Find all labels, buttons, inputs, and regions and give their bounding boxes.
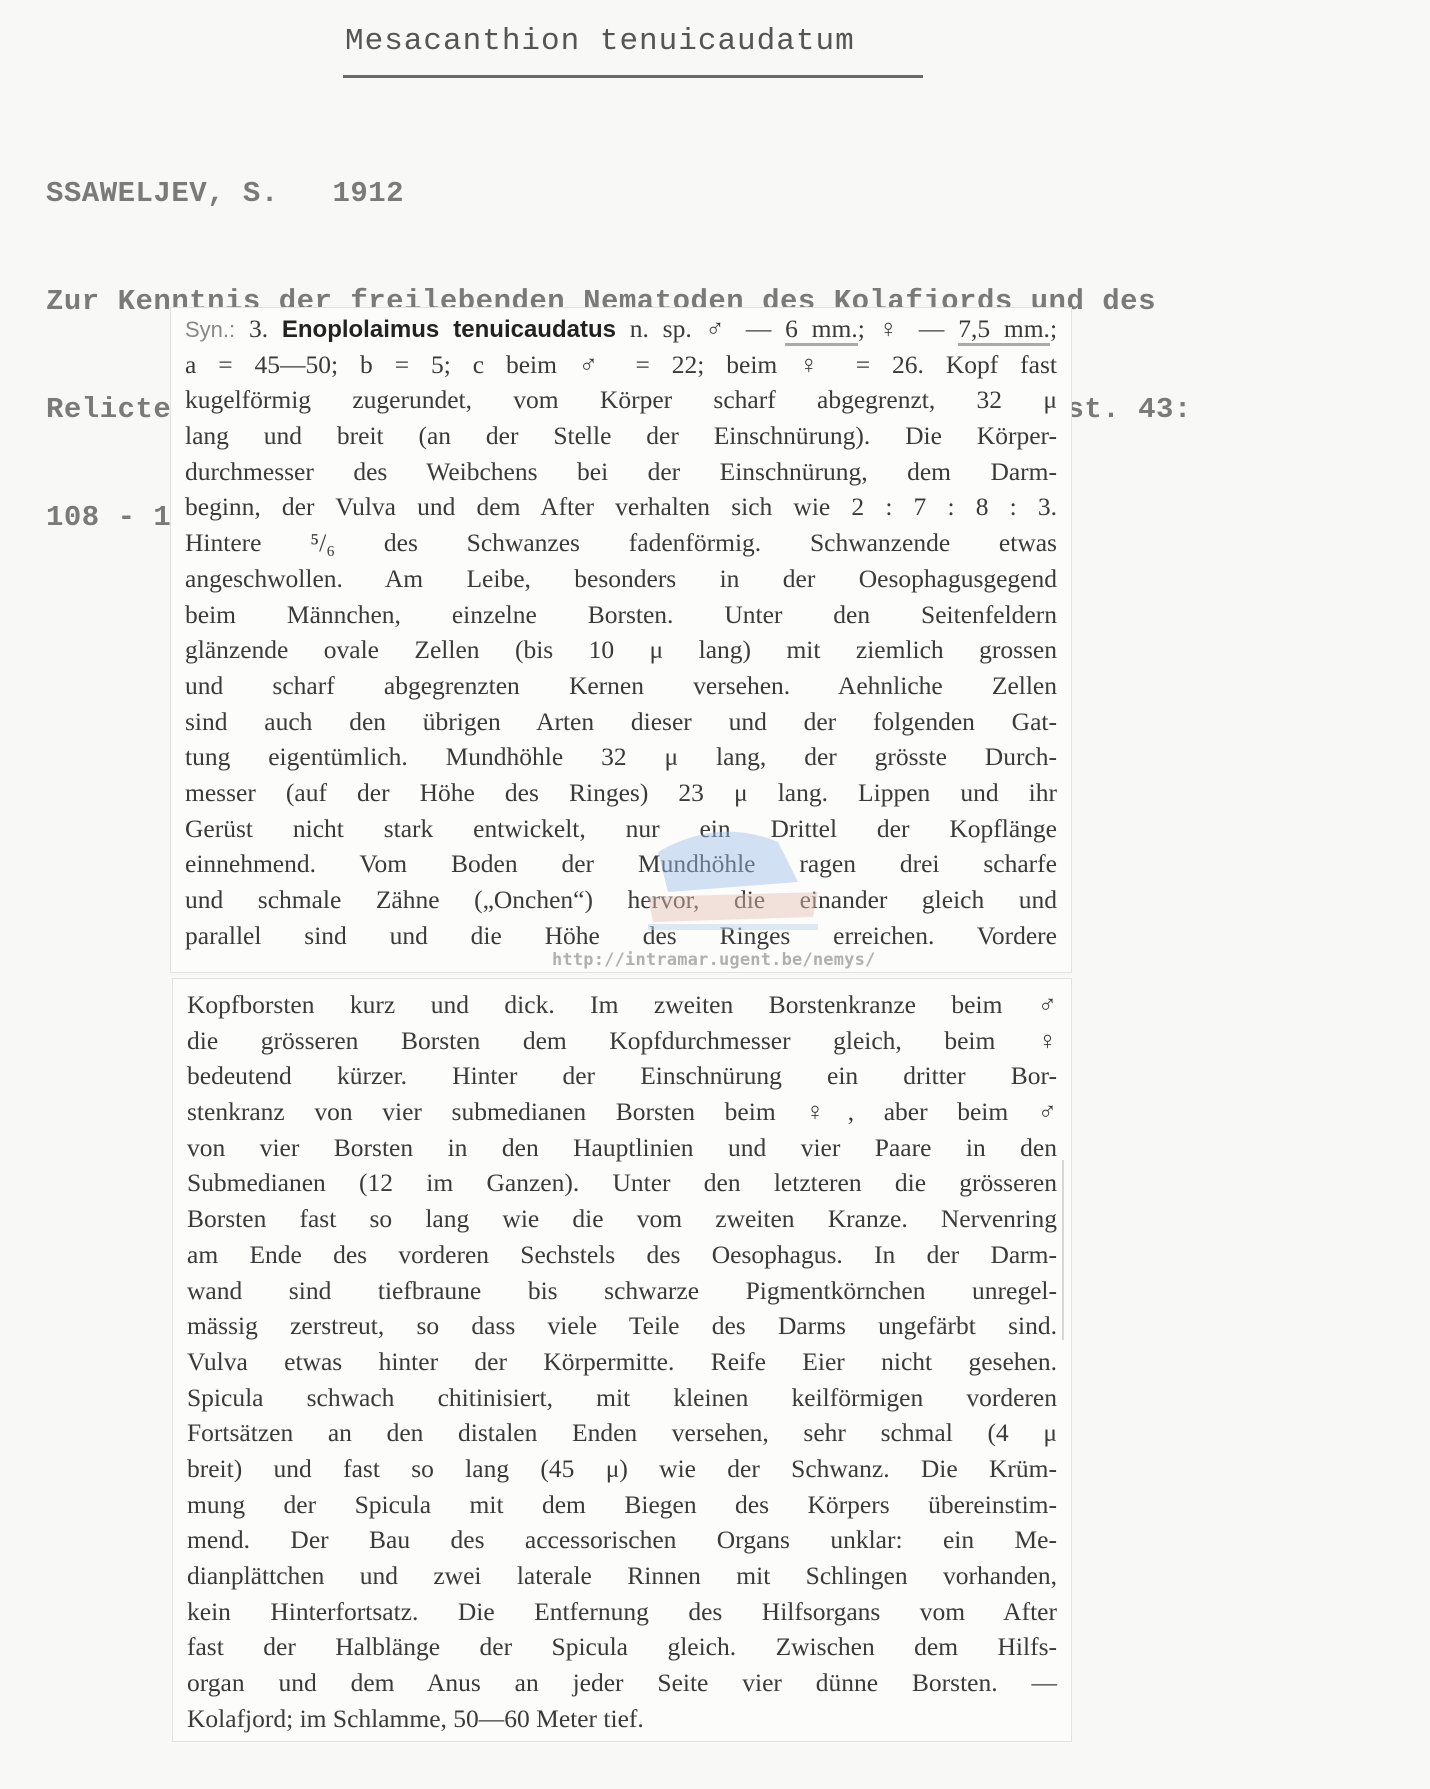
text-line: fast der Halblänge der Spicula gleich. Z… xyxy=(187,1629,1057,1665)
text-line: Submedianen (12 im Ganzen). Unter den le… xyxy=(187,1165,1057,1201)
text-line: breit) und fast so lang (45 μ) wie der S… xyxy=(187,1451,1057,1487)
text-line: Fortsätzen an den distalen Enden versehe… xyxy=(187,1415,1057,1451)
text-line: Spicula schwach chitinisiert, mit kleine… xyxy=(187,1380,1057,1416)
description-part-1: Syn.: 3. Enoplolaimus tenuicaudatus n. s… xyxy=(185,311,1057,953)
synonym-label: Syn.: xyxy=(185,317,235,342)
text-line: mend. Der Bau des accessorischen Organs … xyxy=(187,1522,1057,1558)
text-line: Syn.: 3. Enoplolaimus tenuicaudatus n. s… xyxy=(185,311,1057,347)
text-line: kein Hinterfortsatz. Die Entfernung des … xyxy=(187,1594,1057,1630)
text-line: und schmale Zähne („Onchen“) hervor, die… xyxy=(185,882,1057,918)
species-name: Enoplolaimus tenuicaudatus xyxy=(282,316,616,343)
text-line: durchmesser des Weibchens bei der Einsch… xyxy=(185,454,1057,490)
text-line: am Ende des vorderen Sechstels des Oesop… xyxy=(187,1237,1057,1273)
text-line: Vulva etwas hinter der Körpermitte. Reif… xyxy=(187,1344,1057,1380)
text-line: die grösseren Borsten dem Kopfdurchmesse… xyxy=(187,1023,1057,1059)
description-part-2: Kopfborsten kurz und dick. Im zweiten Bo… xyxy=(187,987,1057,1736)
male-size: 6 mm. xyxy=(785,314,858,346)
text-line: wand sind tiefbraune bis schwarze Pigmen… xyxy=(187,1273,1057,1309)
female-size: 7,5 mm. xyxy=(958,314,1050,346)
text-line: angeschwollen. Am Leibe, besonders in de… xyxy=(185,561,1057,597)
text-line: einnehmend. Vom Boden der Mundhöhle rage… xyxy=(185,846,1057,882)
text-line: tung eigentümlich. Mundhöhle 32 μ lang, … xyxy=(185,739,1057,775)
text-line: beim Männchen, einzelne Borsten. Unter d… xyxy=(185,597,1057,633)
paper-edge xyxy=(1062,1160,1064,1340)
text-line: Kolafjord; im Schlamme, 50—60 Meter tief… xyxy=(187,1701,1057,1737)
text-line: sind auch den übrigen Arten dieser und d… xyxy=(185,704,1057,740)
text-line: Gerüst nicht stark entwickelt, nur ein D… xyxy=(185,811,1057,847)
text-line: dianplättchen und zwei laterale Rinnen m… xyxy=(187,1558,1057,1594)
text-clipping-2: Kopfborsten kurz und dick. Im zweiten Bo… xyxy=(172,978,1072,1742)
text-line: und scharf abgegrenzten Kernen versehen.… xyxy=(185,668,1057,704)
text-line: glänzende ovale Zellen (bis 10 μ lang) m… xyxy=(185,632,1057,668)
text-line: organ und dem Anus an jeder Seite vier d… xyxy=(187,1665,1057,1701)
citation-line: SSAWELJEV, S. 1912 xyxy=(46,176,1416,212)
text-line: messer (auf der Höhe des Ringes) 23 μ la… xyxy=(185,775,1057,811)
text-line: stenkranz von vier submedianen Borsten b… xyxy=(187,1094,1057,1130)
text-line: parallel sind und die Höhe des Ringes er… xyxy=(185,918,1057,954)
text-line: kugelförmig zugerundet, vom Körper schar… xyxy=(185,382,1057,418)
clip2-lines: Kopfborsten kurz und dick. Im zweiten Bo… xyxy=(187,987,1057,1736)
text-line: beginn, der Vulva und dem After verhalte… xyxy=(185,489,1057,525)
text-line: a = 45—50; b = 5; c beim ♂ = 22; beim ♀ … xyxy=(185,347,1057,383)
text-clipping-1: Syn.: 3. Enoplolaimus tenuicaudatus n. s… xyxy=(170,307,1072,973)
text-line: bedeutend kürzer. Hinter der Einschnürun… xyxy=(187,1058,1057,1094)
title-underline xyxy=(343,75,923,78)
text-line: Kopfborsten kurz und dick. Im zweiten Bo… xyxy=(187,987,1057,1023)
text-line: Borsten fast so lang wie die vom zweiten… xyxy=(187,1201,1057,1237)
text-line: lang und breit (an der Stelle der Einsch… xyxy=(185,418,1057,454)
text-line: von vier Borsten in den Hauptlinien und … xyxy=(187,1130,1057,1166)
source-url[interactable]: http://intramar.ugent.be/nemys/ xyxy=(552,950,875,970)
text-line: Hintere ⁵/₆ des Schwanzes fadenförmig. S… xyxy=(185,525,1057,561)
page-title: Mesacanthion tenuicaudatum xyxy=(345,24,910,59)
text-line: mung der Spicula mit dem Biegen des Körp… xyxy=(187,1487,1057,1523)
text-line: mässig zerstreut, so dass viele Teile de… xyxy=(187,1308,1057,1344)
clip1-lines: a = 45—50; b = 5; c beim ♂ = 22; beim ♀ … xyxy=(185,347,1057,954)
